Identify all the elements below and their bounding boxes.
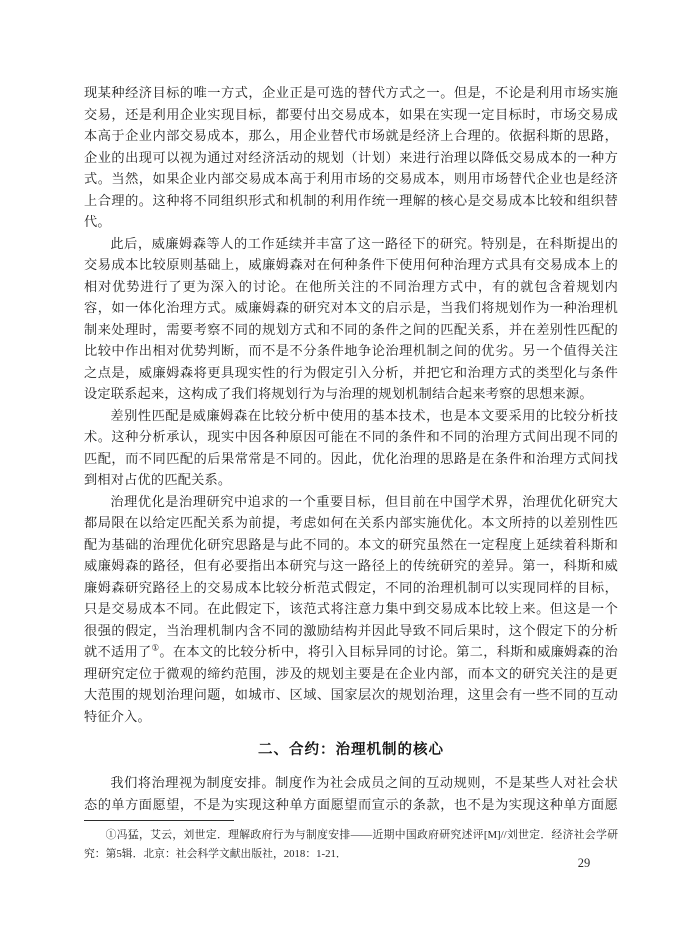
paragraph-differential-matching: 差别性匹配是威廉姆森在比较分析中使用的基本技术，也是本文要采用的比较分析技术。这…	[84, 405, 618, 491]
paragraph-governance-optimization: 治理优化是治理研究中追求的一个重要目标，但目前在中国学术界，治理优化研究大都局限…	[84, 491, 618, 728]
footnote-text: 冯猛，艾云，刘世定．理解政府行为与制度安排——近期中国政府研究述评[M]//刘世…	[84, 829, 618, 860]
footnote: ①冯猛，艾云，刘世定．理解政府行为与制度安排——近期中国政府研究述评[M]//刘…	[84, 826, 618, 864]
page-number: 29	[566, 856, 602, 871]
paragraph-text-before-footnote-ref: 治理优化是治理研究中追求的一个重要目标，但目前在中国学术界，治理优化研究大都局限…	[84, 494, 618, 660]
footnote-area: ①冯猛，艾云，刘世定．理解政府行为与制度安排——近期中国政府研究述评[M]//刘…	[84, 820, 618, 864]
paragraph-williamson-research: 此后，威廉姆森等人的工作延续并丰富了这一路径下的研究。特别是，在科斯提出的交易成…	[84, 233, 618, 405]
section-heading: 二、合约：治理机制的核心	[84, 740, 618, 760]
footnote-marker: ①	[106, 829, 117, 841]
paragraph-continuation: 现某种经济目标的唯一方式，企业正是可选的替代方式之一。但是，不论是利用市场实施交…	[84, 82, 618, 233]
page-body: 现某种经济目标的唯一方式，企业正是可选的替代方式之一。但是，不论是利用市场实施交…	[84, 82, 618, 818]
paragraph-institution: 我们将治理视为制度安排。制度作为社会成员之间的互动规则，不是某些人对社会状态的单…	[84, 772, 618, 818]
paragraph-text-after-footnote-ref: 。在本文的比较分析中，将引入目标异同的讨论。第二，科斯和威廉姆森的治理研究定位于…	[84, 644, 618, 724]
footnote-separator	[84, 820, 234, 821]
document-page: 现某种经济目标的唯一方式，企业正是可选的替代方式之一。但是，不论是利用市场实施交…	[0, 0, 700, 943]
